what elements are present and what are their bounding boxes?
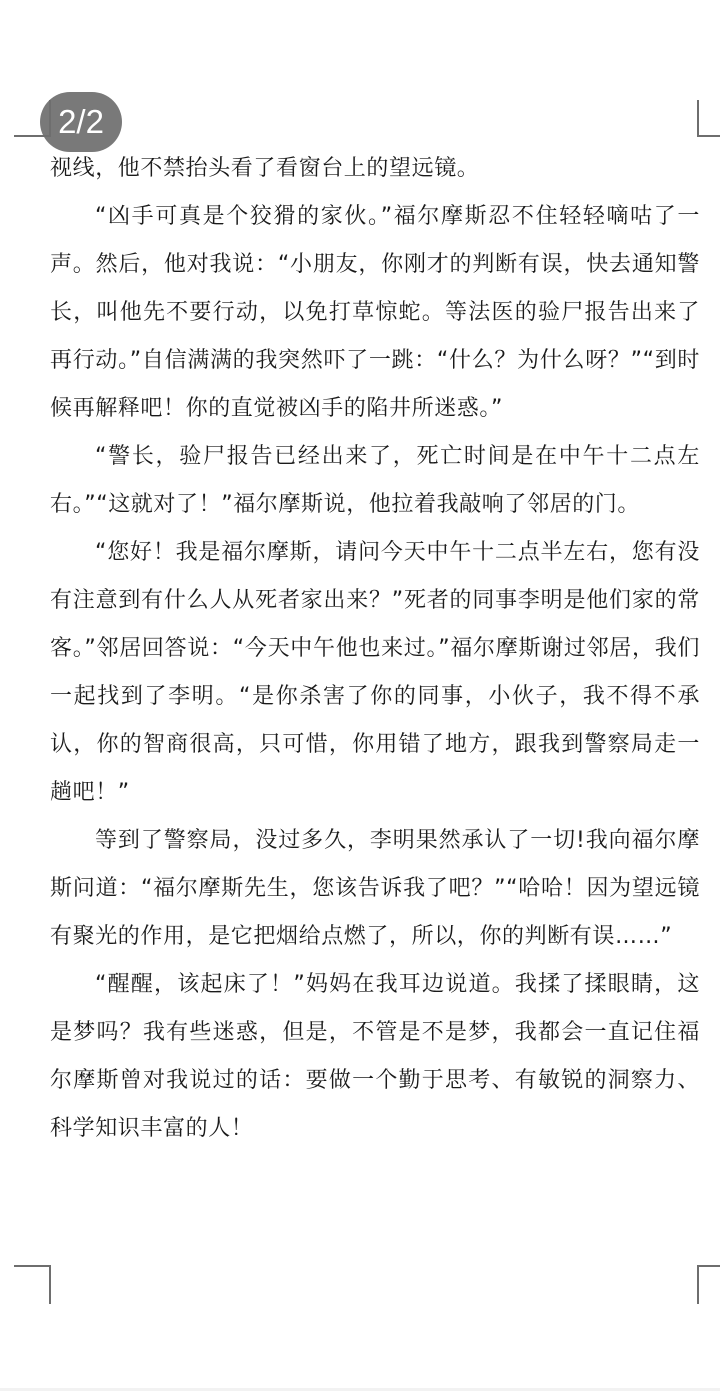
paragraph: “醒醒，该起床了！”妈妈在我耳边说道。我揉了揉眼睛，这是梦吗？我有些迷惑，但是，…	[50, 961, 700, 1153]
page-indicator-badge: 2/2	[40, 92, 122, 152]
crop-mark-top-right	[697, 100, 720, 137]
document-page[interactable]: 视线，他不禁抬头看了看窗台上的望远镜。 “凶手可真是个狡猾的家伙。”福尔摩斯忍不…	[0, 0, 720, 1388]
document-body: 视线，他不禁抬头看了看窗台上的望远镜。 “凶手可真是个狡猾的家伙。”福尔摩斯忍不…	[50, 145, 700, 1153]
paragraph: “凶手可真是个狡猾的家伙。”福尔摩斯忍不住轻轻嘀咕了一声。然后，他对我说：“小朋…	[50, 193, 700, 433]
paragraph: 等到了警察局，没过多久，李明果然承认了一切!我向福尔摩斯问道：“福尔摩斯先生，您…	[50, 817, 700, 961]
crop-mark-bottom-left	[14, 1265, 51, 1304]
paragraph: “警长，验尸报告已经出来了，死亡时间是在中午十二点左右。”“这就对了！”福尔摩斯…	[50, 433, 700, 529]
paragraph: 视线，他不禁抬头看了看窗台上的望远镜。	[50, 145, 700, 193]
crop-mark-bottom-right	[697, 1265, 720, 1304]
paragraph: “您好！我是福尔摩斯，请问今天中午十二点半左右，您有没有注意到有什么人从死者家出…	[50, 529, 700, 817]
